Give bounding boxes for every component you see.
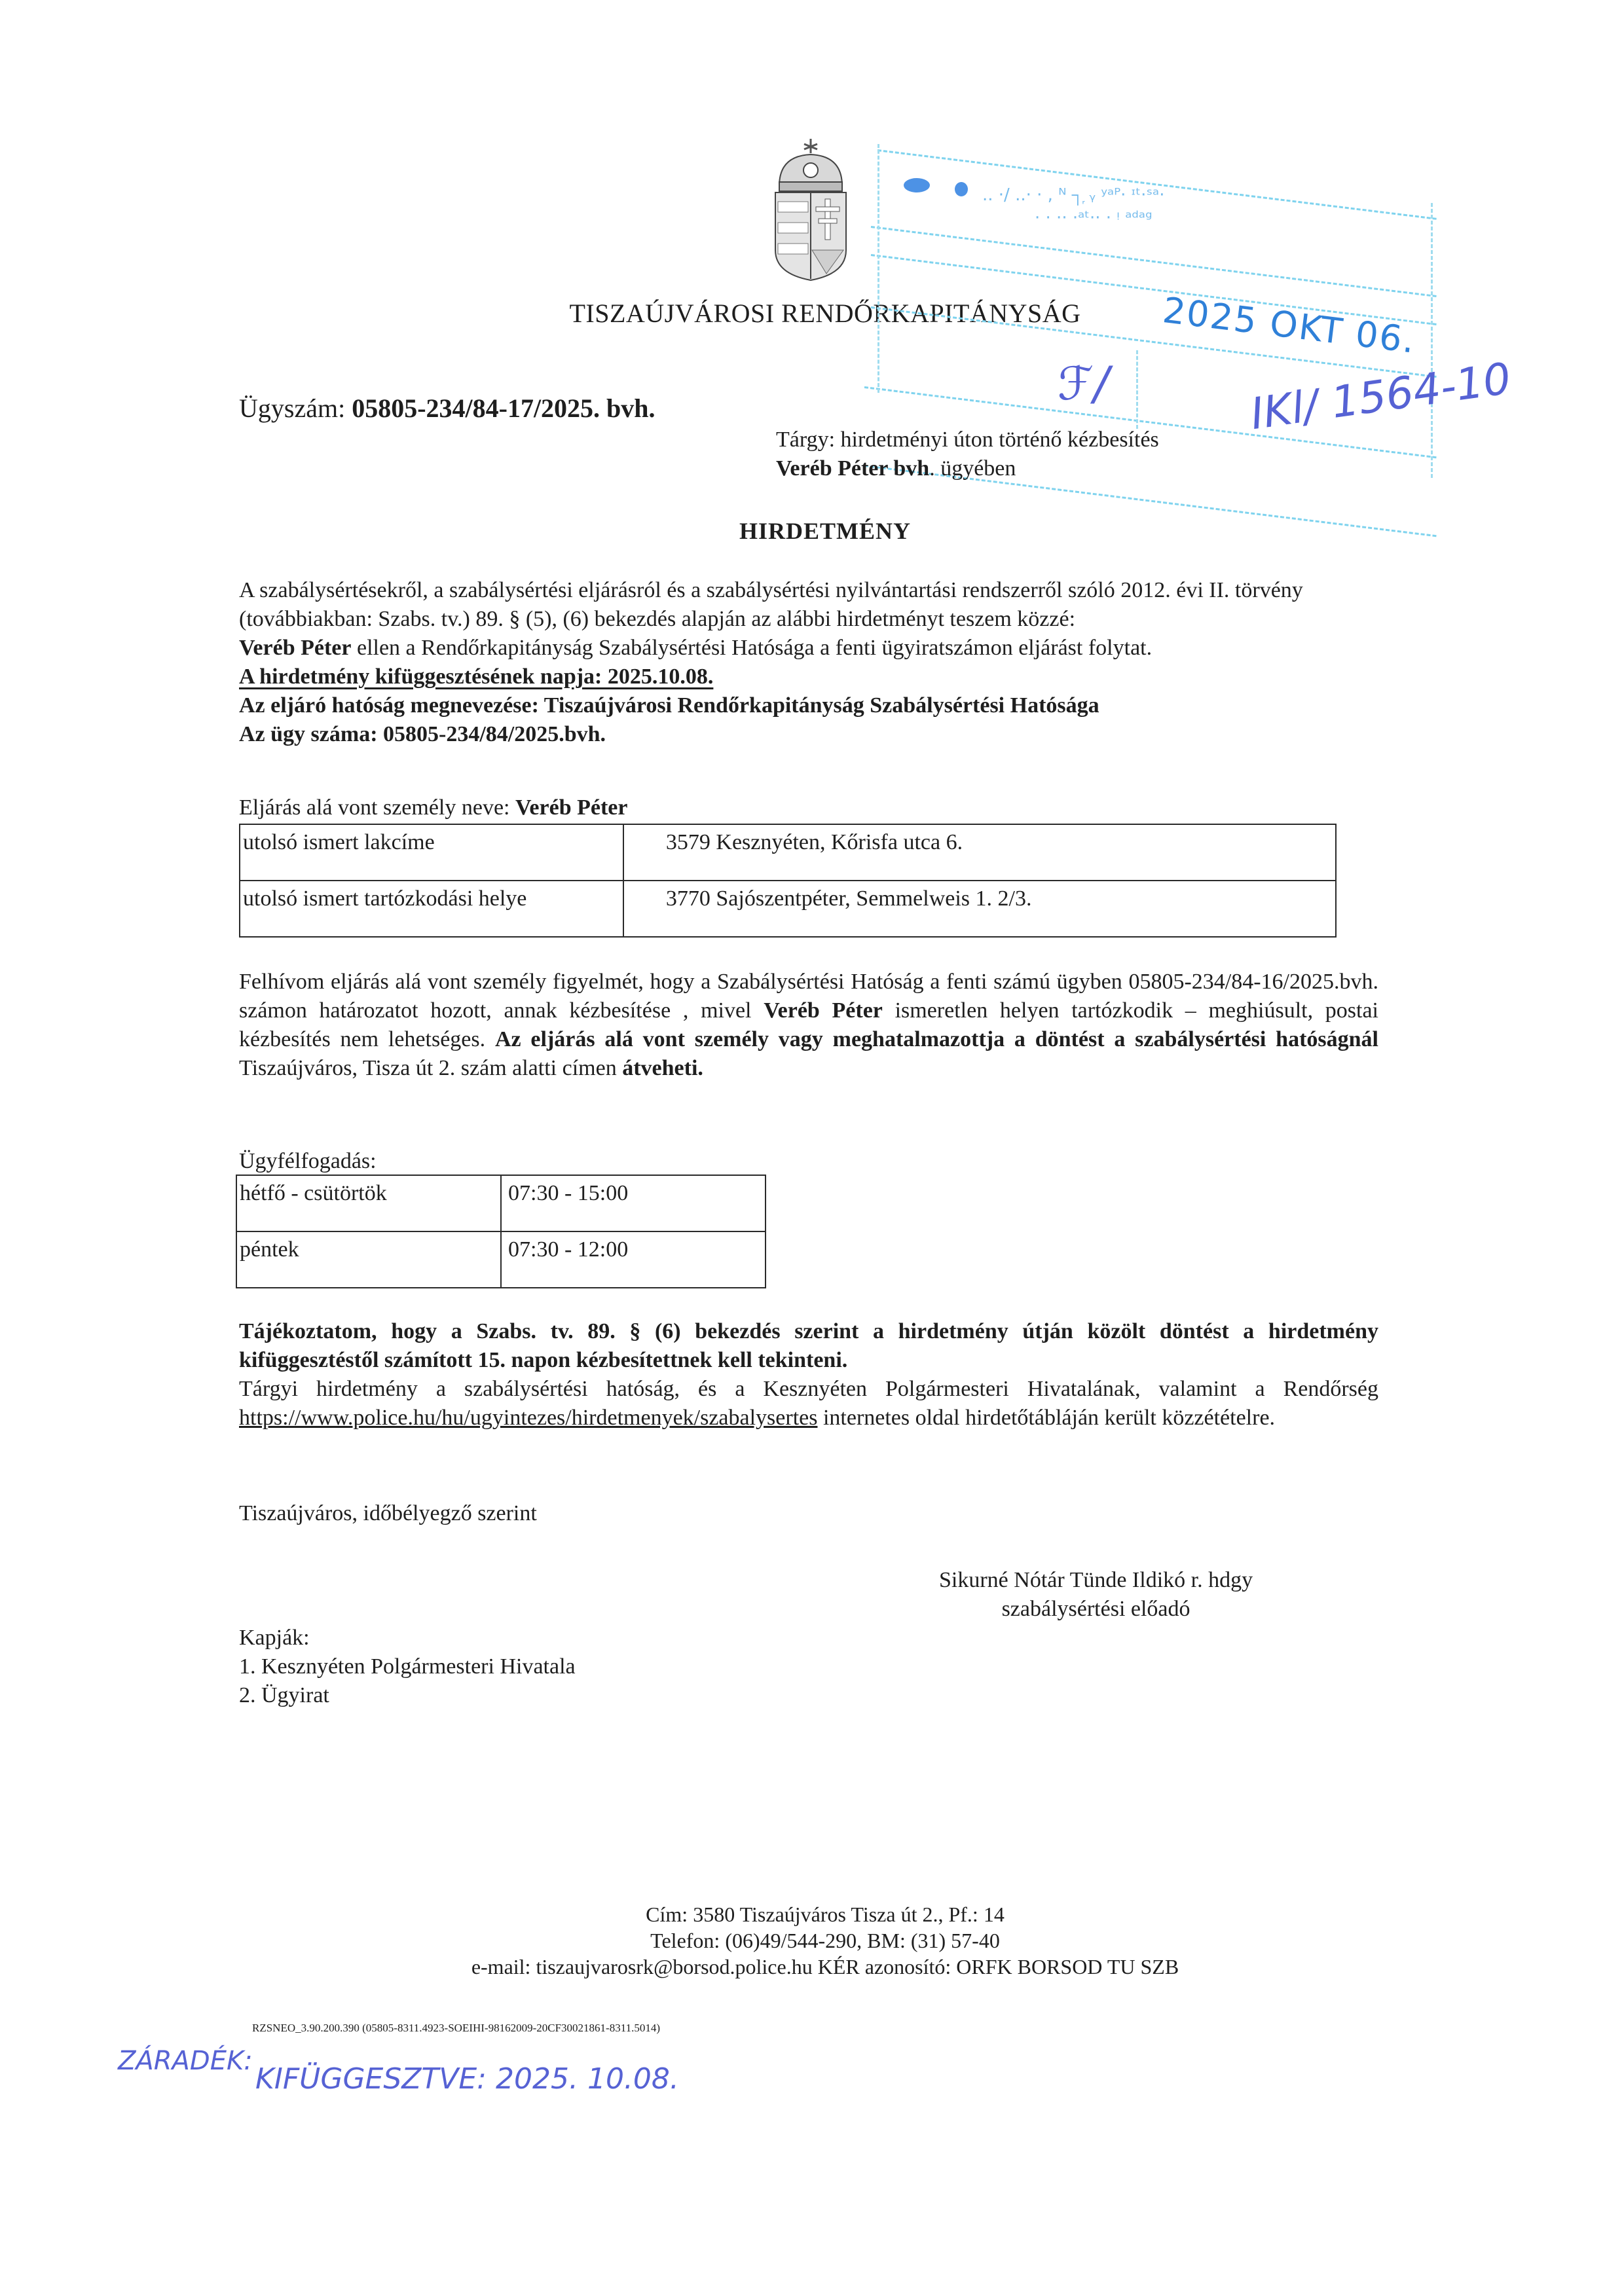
footer-address: Cím: 3580 Tiszaújváros Tisza út 2., Pf.:… <box>0 1903 1624 1927</box>
address-table: utolsó ismert lakcíme 3579 Kesznyéten, K… <box>239 824 1337 938</box>
hours-time: 07:30 - 15:00 <box>501 1175 766 1231</box>
subject-block: Tárgy: hirdetményi úton történő kézbesít… <box>776 426 1159 483</box>
authority-name: Az eljáró hatóság megnevezése: Tiszaújvá… <box>239 691 1378 720</box>
legal-basis-text: A szabálysértésekről, a szabálysértési e… <box>239 576 1378 634</box>
table-row: hétfő - csütörtök 07:30 - 15:00 <box>236 1175 766 1231</box>
document-reference-code: RZSNEO_3.90.200.390 (05805-8311.4923-SOE… <box>252 2022 660 2035</box>
signatory-role: szabálysértési előadó <box>939 1595 1253 1624</box>
notice-paragraph: Felhívom eljárás alá vont személy figyel… <box>239 968 1378 1083</box>
table-row: utolsó ismert tartózkodási helye 3770 Sa… <box>240 881 1336 937</box>
handwritten-note-text: KIFÜGGESZTVE: 2025. 10.08. <box>255 2062 679 2096</box>
subject-line: Tárgy: hirdetményi úton történő kézbesít… <box>776 426 1159 454</box>
person-name: Veréb Péter <box>515 795 627 820</box>
footer-email: e-mail: tiszaujvarosrk@borsod.police.hu … <box>0 1955 1624 1979</box>
coat-of-arms-icon <box>771 139 850 283</box>
subject-person: Veréb Péter bvh. ügyében <box>776 454 1159 483</box>
hours-time: 07:30 - 12:00 <box>501 1231 766 1288</box>
case-number-label: Ügyszám: <box>239 393 345 423</box>
list-item: 2. Ügyirat <box>239 1681 1378 1710</box>
place-and-date: Tiszaújváros, időbélyegző szerint <box>239 1499 1378 1528</box>
footer-phone: Telefon: (06)49/544-290, BM: (31) 57-40 <box>0 1929 1624 1953</box>
person-name-line: Eljárás alá vont személy neve: Veréb Pét… <box>239 793 1378 822</box>
posting-date: A hirdetmény kifüggesztésének napja: 202… <box>239 663 1378 691</box>
case-number-value: 05805-234/84-17/2025. bvh. <box>352 393 655 423</box>
stamp-handwritten-number: IKl/ 1564-10 <box>1247 353 1514 439</box>
hours-day: hétfő - csütörtök <box>236 1175 501 1231</box>
address-field-label: utolsó ismert tartózkodási helye <box>240 881 623 937</box>
intro-paragraph: A szabálysértésekről, a szabálysértési e… <box>239 576 1378 749</box>
hours-day: péntek <box>236 1231 501 1288</box>
case-file-number: Az ügy száma: 05805-234/84/2025.bvh. <box>239 720 1378 749</box>
address-field-label: utolsó ismert lakcíme <box>240 824 623 881</box>
publication-paragraph: Tárgyi hirdetmény a szabálysértési hatós… <box>239 1375 1378 1432</box>
table-row: péntek 07:30 - 12:00 <box>236 1231 766 1288</box>
proceeding-text: Veréb Péter ellen a Rendőrkapitányság Sz… <box>239 634 1378 663</box>
signatory-name: Sikurné Nótár Tünde Ildikó r. hdgy <box>939 1566 1253 1595</box>
recipients-label: Kapják: <box>239 1624 1378 1652</box>
organization-name: TISZAÚJVÁROSI RENDŐRKAPITÁNYSÁG <box>0 298 1624 329</box>
handwritten-note-label: ZÁRADÉK: <box>118 2046 253 2076</box>
address-field-value: 3770 Sajószentpéter, Semmelweis 1. 2/3. <box>623 881 1336 937</box>
table-row: utolsó ismert lakcíme 3579 Kesznyéten, K… <box>240 824 1336 881</box>
office-hours-label: Ügyfélfogadás: <box>239 1147 1378 1176</box>
address-field-value: 3579 Kesznyéten, Kőrisfa utca 6. <box>623 824 1336 881</box>
office-hours-table: hétfő - csütörtök 07:30 - 15:00 péntek 0… <box>236 1175 766 1288</box>
signature-block: Sikurné Nótár Tünde Ildikó r. hdgy szabá… <box>939 1566 1253 1624</box>
stamp-handwritten-initials: ℱ/ <box>1058 357 1109 410</box>
case-number: Ügyszám: 05805-234/84-17/2025. bvh. <box>239 393 655 424</box>
list-item: 1. Kesznyéten Polgármesteri Hivatala <box>239 1652 1378 1681</box>
document-title: HIRDETMÉNY <box>0 517 1624 545</box>
delivery-info-paragraph: Tájékoztatom, hogy a Szabs. tv. 89. § (6… <box>239 1317 1378 1375</box>
recipients-block: Kapják: 1. Kesznyéten Polgármesteri Hiva… <box>239 1624 1378 1710</box>
police-website-link[interactable]: https://www.police.hu/hu/ugyintezes/hird… <box>239 1406 817 1430</box>
